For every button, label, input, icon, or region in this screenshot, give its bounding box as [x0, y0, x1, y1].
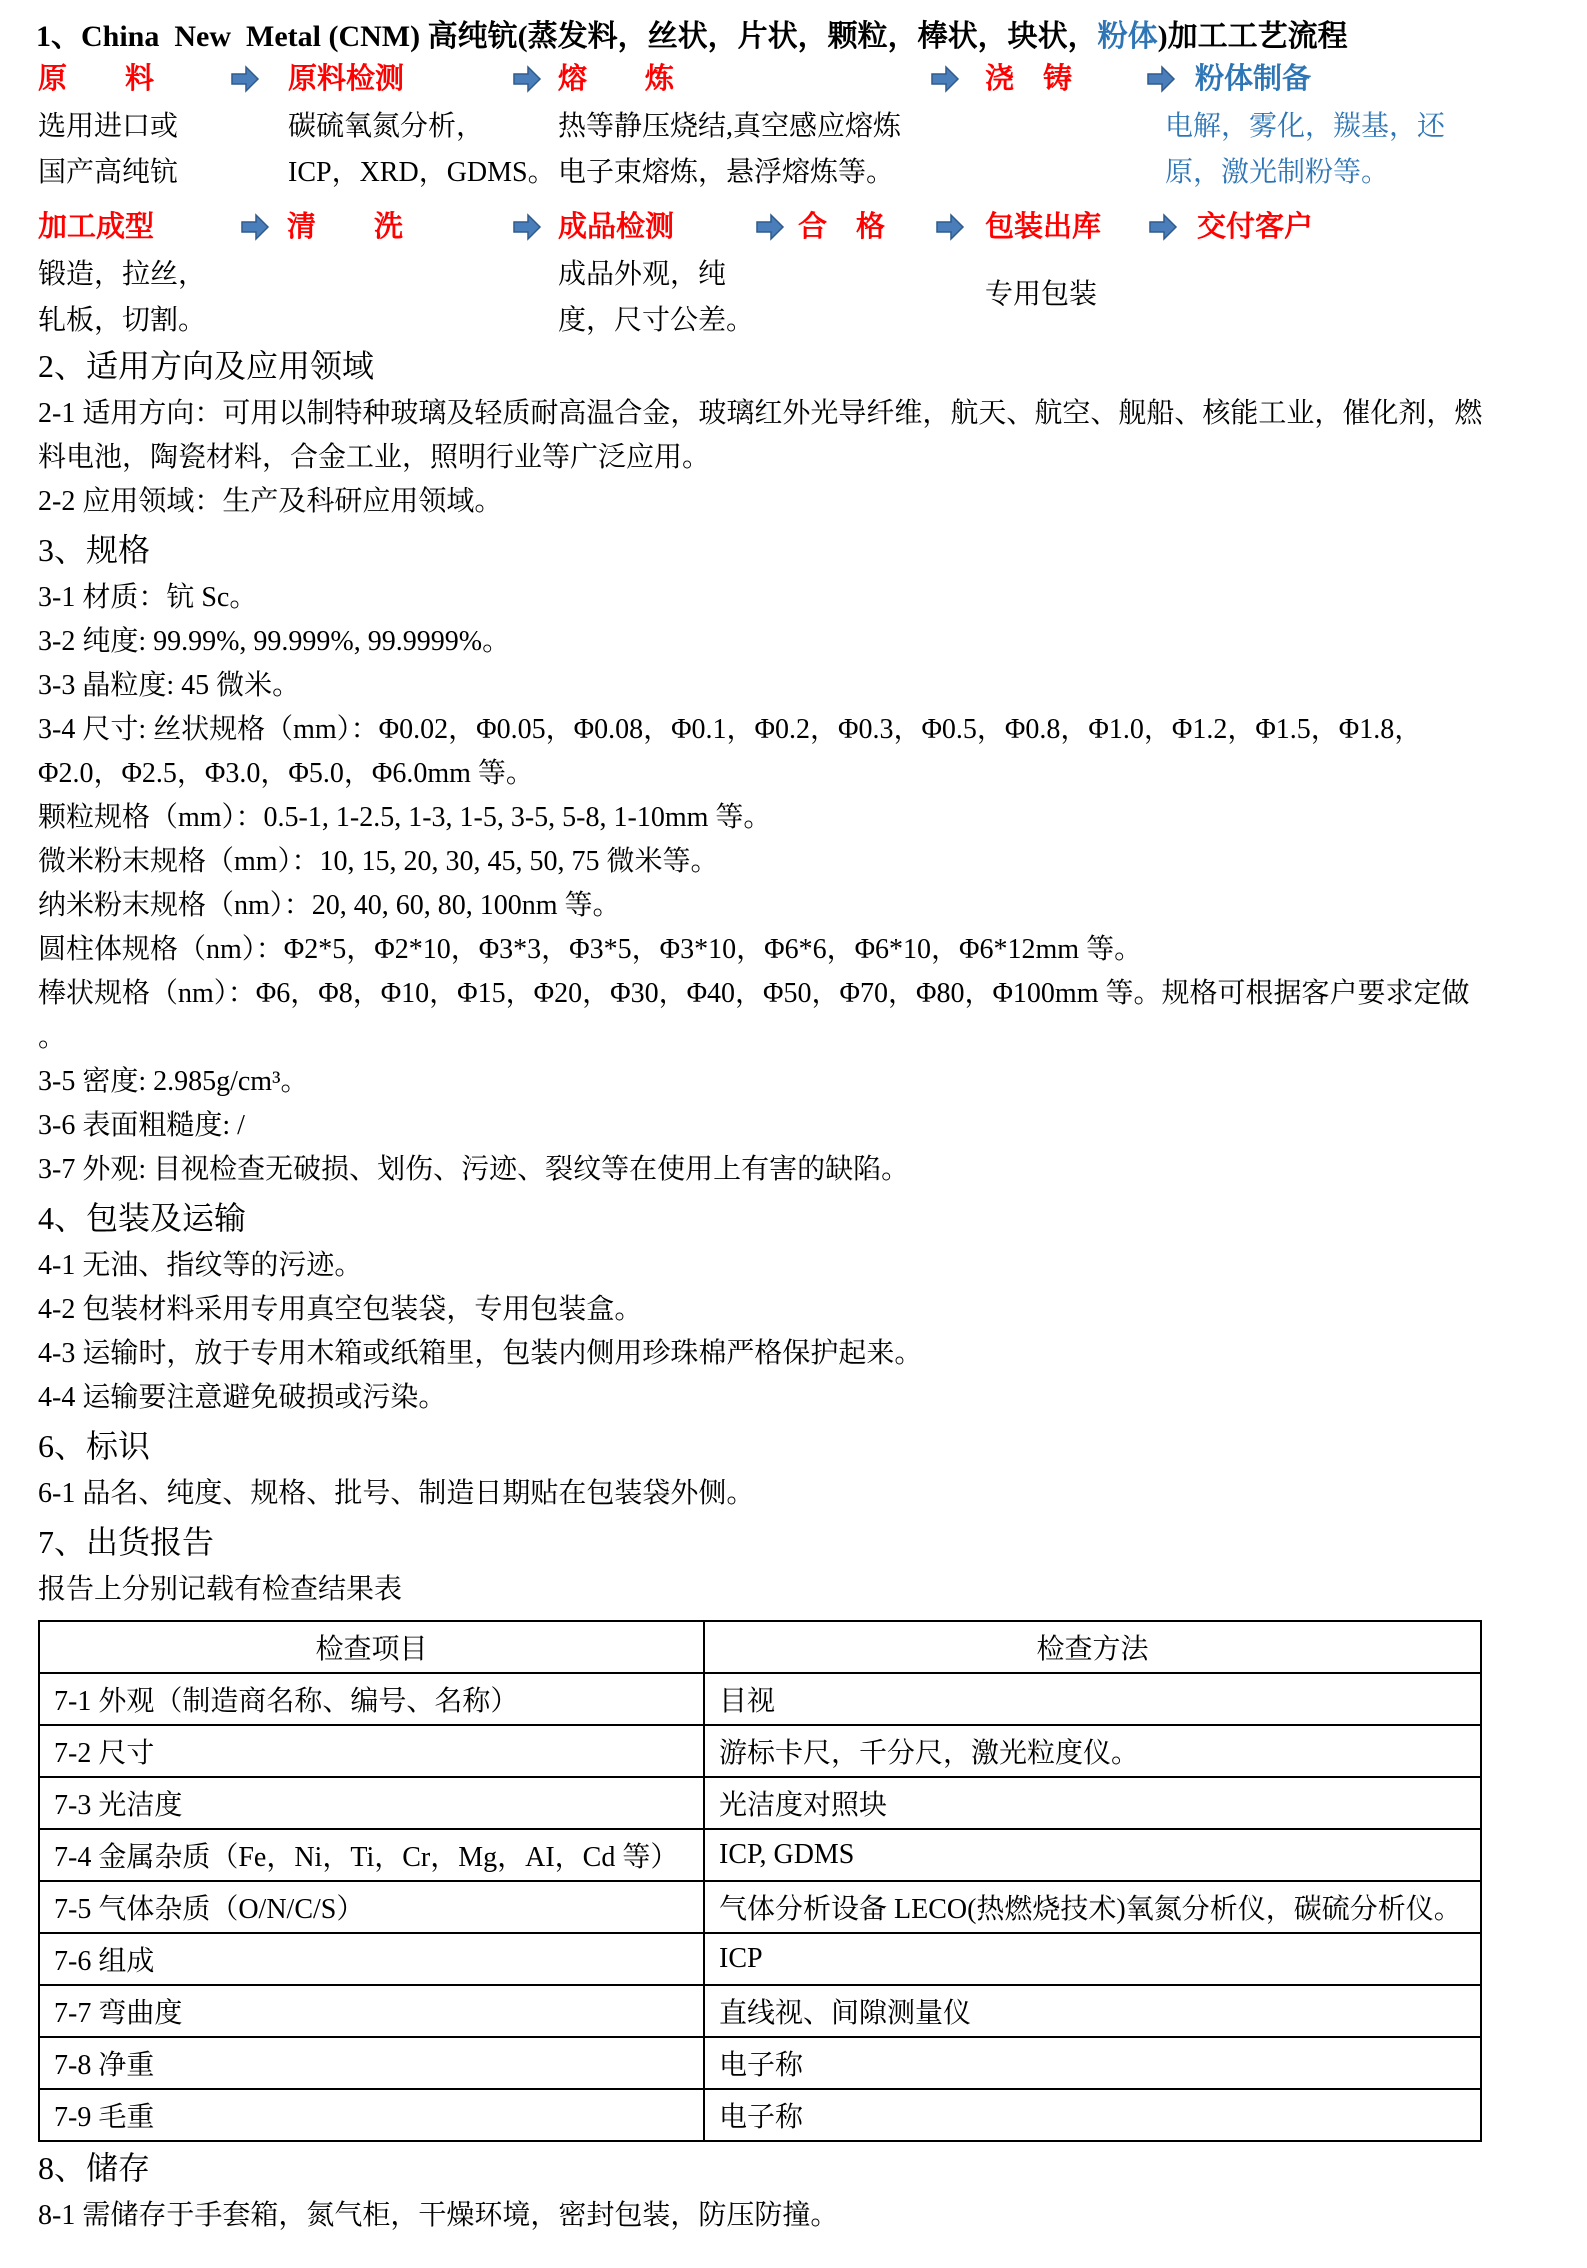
- document-page: { "colors": { "red": "#FE0000", "blue": …: [0, 14, 1587, 2268]
- flow-arrow-icon: [1146, 64, 1176, 94]
- flow-node-material-testing: 原料检测: [288, 62, 404, 96]
- section-3-4-micron-powder: 微米粉末规格（mm）：10, 15, 20, 30, 45, 50, 75 微米…: [38, 840, 1501, 884]
- flow-desc-forming: 锻造，拉丝，轧板，切割。: [38, 252, 206, 344]
- section-6-heading: 6、标识: [38, 1420, 1501, 1472]
- flow-node-cleaning: 清 洗: [287, 210, 403, 244]
- flow-arrow-icon: [240, 212, 270, 242]
- flow-arrow-icon: [1148, 212, 1178, 242]
- section-3-6: 3-6 表面粗糙度: /: [38, 1104, 1501, 1148]
- section-4-1: 4-1 无油、指纹等的污迹。: [38, 1244, 1501, 1288]
- flow-desc-material-testing: 碳硫氧氮分析，ICP，XRD，GDMS。: [288, 104, 556, 196]
- flow-node-deliver-customer: 交付客户: [1197, 210, 1313, 244]
- section-3-4-nano-powder: 纳米粉末规格（nm）：20, 40, 60, 80, 100nm 等。: [38, 884, 1501, 928]
- section-3-3: 3-3 晶粒度: 45 微米。: [38, 664, 1501, 708]
- table-row: 7-6 组成ICP: [39, 1933, 1481, 1985]
- document-body: 2、适用方向及应用领域 2-1 适用方向：可用以制特种玻璃及轻质耐高温合金，玻璃…: [0, 340, 1587, 2268]
- section-7-heading: 7、出货报告: [38, 1516, 1501, 1568]
- section-8-1: 8-1 需储存于手套箱，氮气柜，干燥环境，密封包装，防压防撞。: [38, 2194, 1501, 2238]
- flow-arrow-icon: [755, 212, 785, 242]
- flow-node-product-inspection: 成品检测: [558, 210, 674, 244]
- title-text-left: 1、China New Metal (CNM) 高纯钪(蒸发料，丝状，片状，颗粒…: [36, 20, 1098, 53]
- flow-arrow-icon: [230, 64, 260, 94]
- table-row: 7-5 气体杂质（O/N/C/S）气体分析设备 LECO(热燃烧技术)氧氮分析仪…: [39, 1881, 1481, 1933]
- inspection-table: 检查项目 检查方法 7-1 外观（制造商名称、编号、名称）目视 7-2 尺寸游标…: [38, 1620, 1482, 2142]
- title-text-right: )加工工艺流程: [1158, 20, 1348, 53]
- flow-node-qualified: 合 格: [798, 210, 885, 244]
- table-row: 7-1 外观（制造商名称、编号、名称）目视: [39, 1673, 1481, 1725]
- flow-arrow-icon: [930, 64, 960, 94]
- table-row: 7-4 金属杂质（Fe，Ni，Ti，Cr，Mg，AI，Cd 等）ICP, GDM…: [39, 1829, 1481, 1881]
- flow-arrow-icon: [935, 212, 965, 242]
- table-header-method: 检查方法: [704, 1621, 1481, 1673]
- section-3-4-rod: 棒状规格（nm）：Φ6，Φ8，Φ10，Φ15，Φ20，Φ30，Φ40，Φ50，Φ…: [38, 972, 1501, 1060]
- table-header-row: 检查项目 检查方法: [39, 1621, 1481, 1673]
- section-3-5: 3-5 密度: 2.985g/cm³。: [38, 1060, 1501, 1104]
- process-flowchart: 原 料 原料检测 熔 炼 浇 铸 粉体制备 选用进口或国产高纯钪 碳硫氧氮分析，…: [0, 60, 1587, 340]
- section-2-2: 2-2 应用领域：生产及科研应用领域。: [38, 480, 1501, 524]
- table-header-item: 检查项目: [39, 1621, 704, 1673]
- flow-node-packing-outbound: 包装出库: [985, 210, 1101, 244]
- section-3-2: 3-2 纯度: 99.99%, 99.999%, 99.9999%。: [38, 620, 1501, 664]
- section-6-1: 6-1 品名、纯度、规格、批号、制造日期贴在包装袋外侧。: [38, 1472, 1501, 1516]
- table-row: 7-8 净重电子称: [39, 2037, 1481, 2089]
- flow-arrow-icon: [512, 212, 542, 242]
- title-highlight-powder: 粉体: [1098, 20, 1158, 53]
- section-7-intro: 报告上分别记载有检查结果表: [38, 1568, 1501, 1612]
- section-4-3: 4-3 运输时，放于专用木箱或纸箱里，包装内侧用珍珠棉严格保护起来。: [38, 1332, 1501, 1376]
- section-3-4: 3-4 尺寸: 丝状规格（mm）：Φ0.02，Φ0.05，Φ0.08，Φ0.1，…: [38, 708, 1501, 796]
- section-3-heading: 3、规格: [38, 524, 1501, 576]
- section-2-heading: 2、适用方向及应用领域: [38, 340, 1501, 392]
- table-row: 7-2 尺寸游标卡尺，千分尺，激光粒度仪。: [39, 1725, 1481, 1777]
- section-2-1: 2-1 适用方向：可用以制特种玻璃及轻质耐高温合金，玻璃红外光导纤维，航天、航空…: [38, 392, 1501, 480]
- flow-desc-special-packing: 专用包装: [985, 272, 1097, 318]
- section-8-heading: 8、储存: [38, 2142, 1501, 2194]
- flow-desc-powder-preparation: 电解，雾化，羰基，还原，激光制粉等。: [1165, 104, 1445, 196]
- flow-node-raw-material: 原 料: [38, 62, 154, 96]
- flow-node-forming: 加工成型: [38, 210, 154, 244]
- document-title: 1、China New Metal (CNM) 高纯钪(蒸发料，丝状，片状，颗粒…: [36, 14, 1563, 60]
- section-3-1: 3-1 材质：钪 Sc。: [38, 576, 1501, 620]
- table-row: 7-9 毛重电子称: [39, 2089, 1481, 2141]
- flow-node-casting: 浇 铸: [985, 62, 1072, 96]
- flow-arrow-icon: [512, 64, 542, 94]
- flow-node-powder-preparation: 粉体制备: [1195, 62, 1311, 96]
- flow-desc-raw-material: 选用进口或国产高纯钪: [38, 104, 178, 196]
- section-3-4-granule: 颗粒规格（mm）：0.5-1, 1-2.5, 1-3, 1-5, 3-5, 5-…: [38, 796, 1501, 840]
- flow-desc-product-inspection: 成品外观，纯度，尺寸公差。: [558, 252, 754, 344]
- flow-desc-melting: 热等静压烧结,真空感应熔炼电子束熔炼，悬浮熔炼等。: [558, 104, 901, 196]
- section-3-4-cylinder: 圆柱体规格（nm）：Φ2*5，Φ2*10，Φ3*3，Φ3*5，Φ3*10，Φ6*…: [38, 928, 1501, 972]
- table-row: 7-7 弯曲度直线视、间隙测量仪: [39, 1985, 1481, 2037]
- section-4-2: 4-2 包装材料采用专用真空包装袋，专用包装盒。: [38, 1288, 1501, 1332]
- section-4-heading: 4、包装及运输: [38, 1192, 1501, 1244]
- flow-node-melting: 熔 炼: [558, 62, 674, 96]
- table-row: 7-3 光洁度光洁度对照块: [39, 1777, 1481, 1829]
- section-4-4: 4-4 运输要注意避免破损或污染。: [38, 1376, 1501, 1420]
- section-3-7: 3-7 外观: 目视检查无破损、划伤、污迹、裂纹等在使用上有害的缺陷。: [38, 1148, 1501, 1192]
